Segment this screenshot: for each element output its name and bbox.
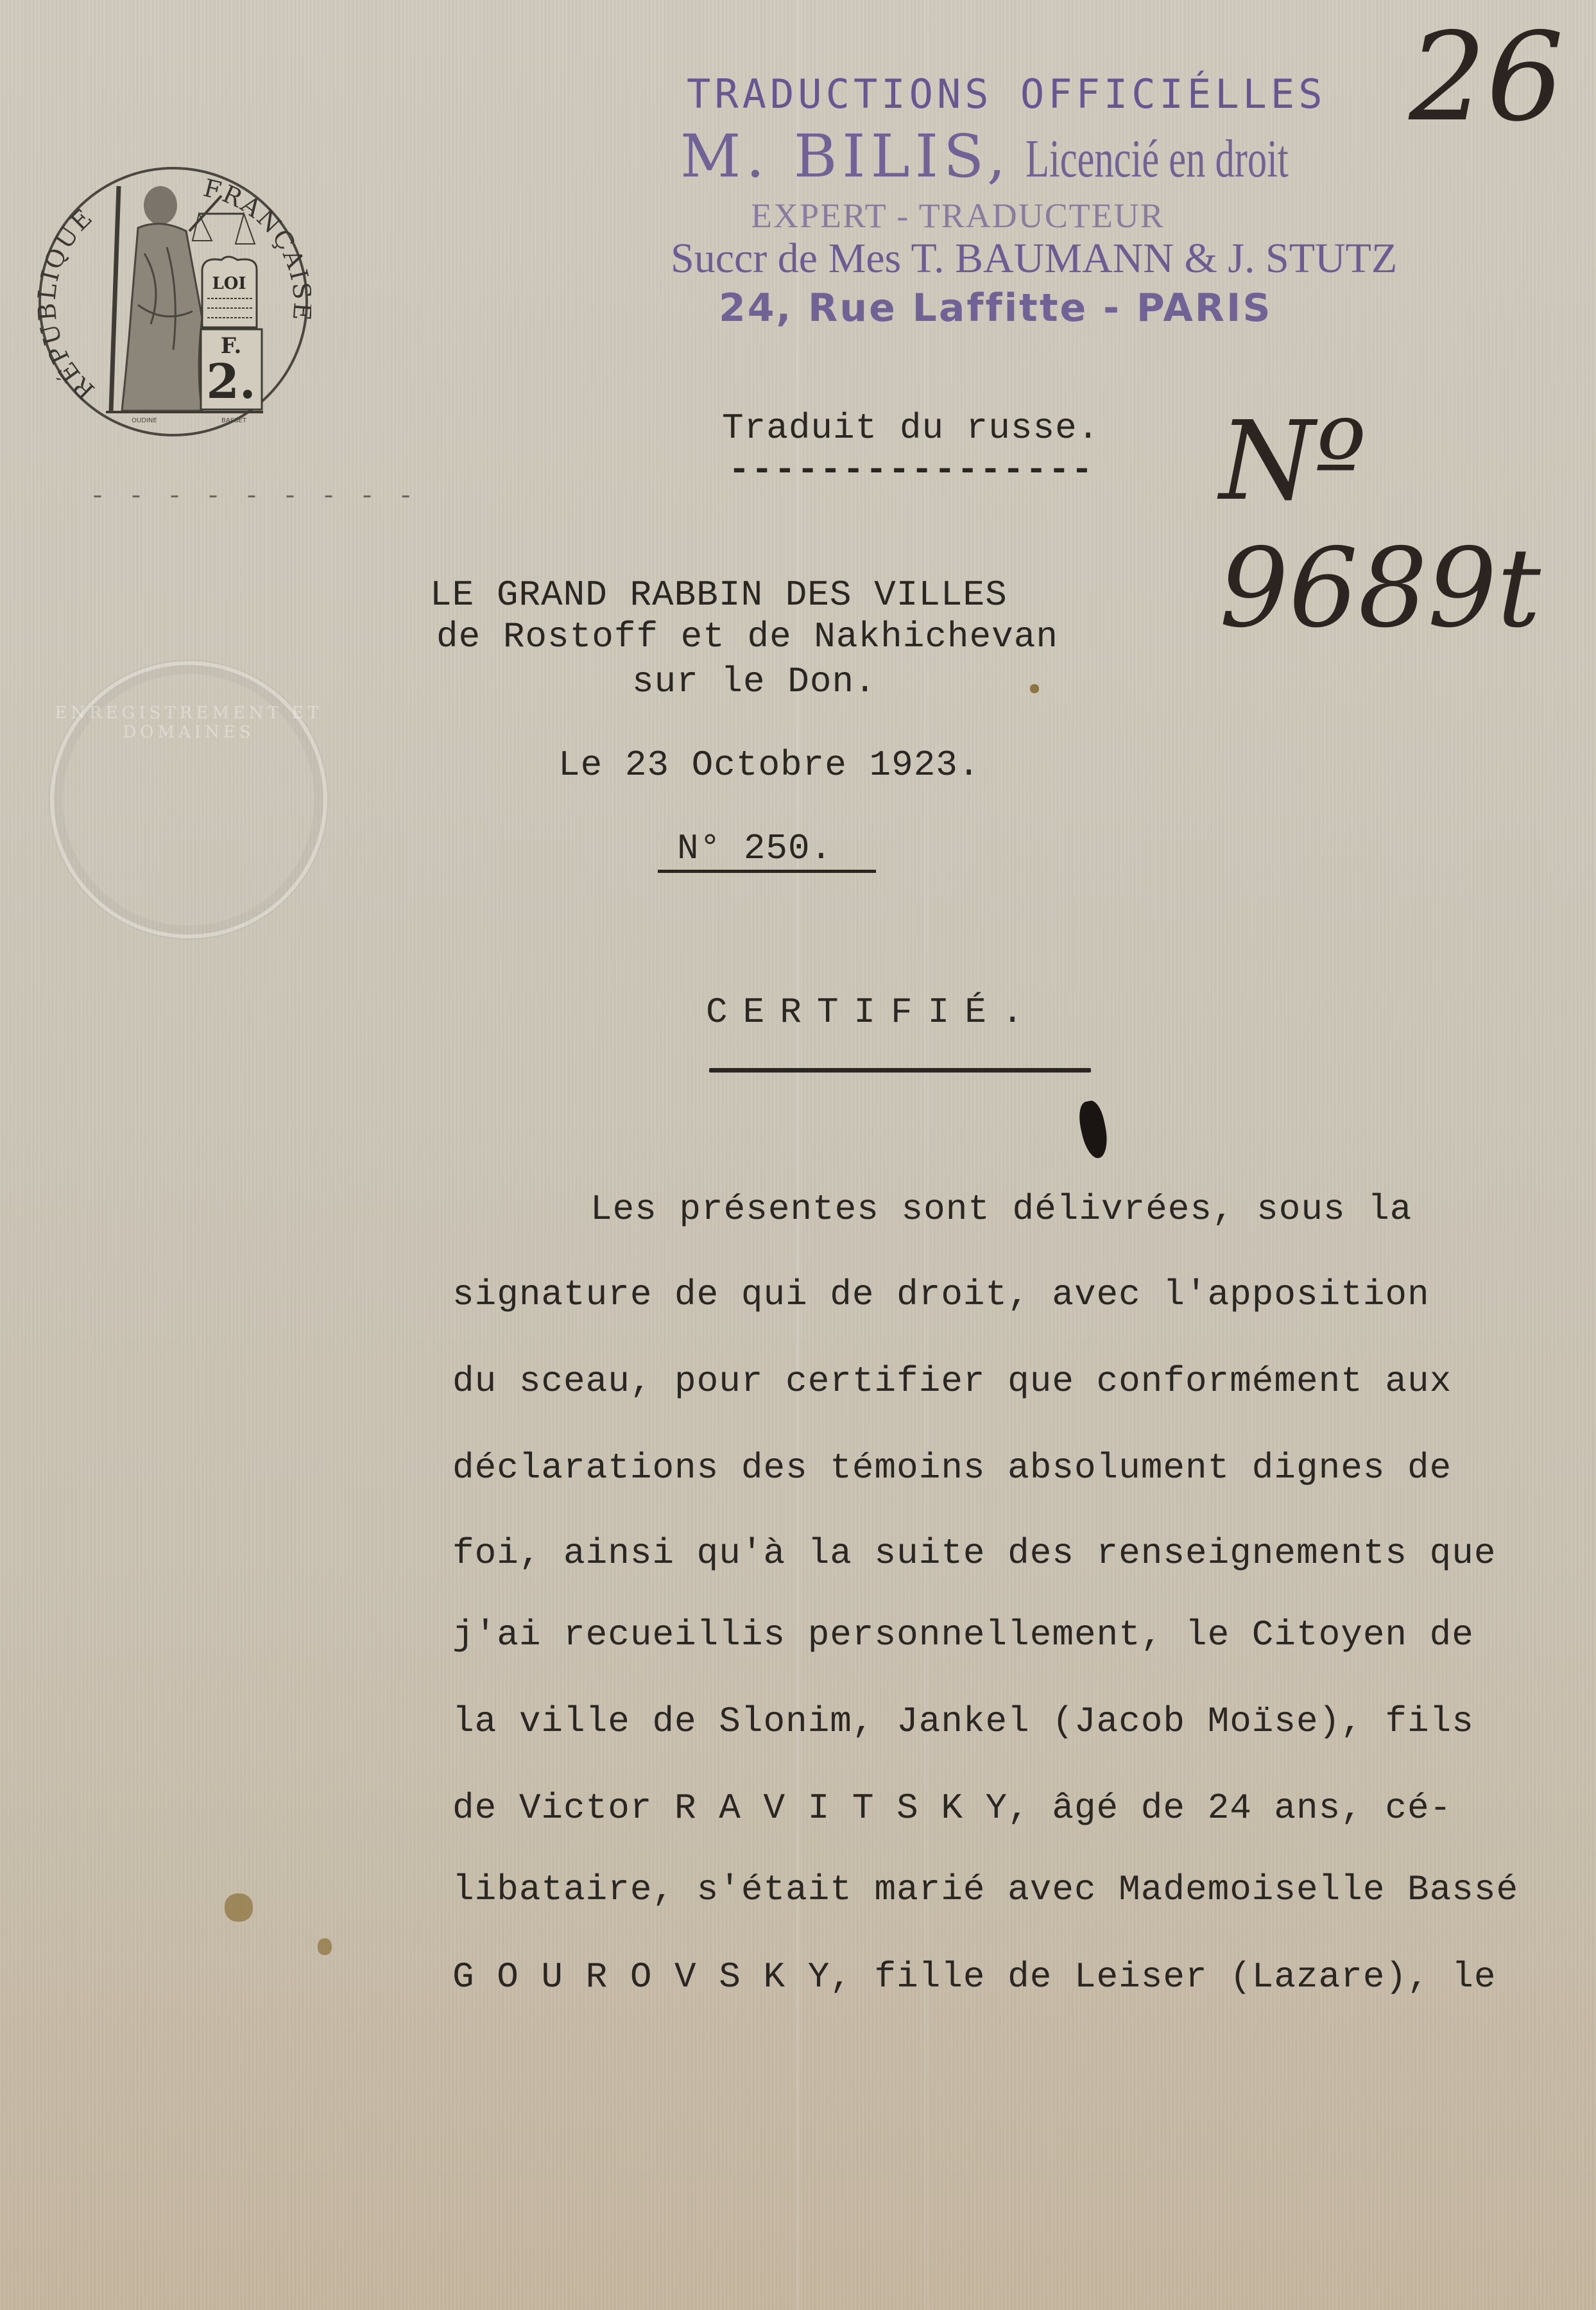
embossed-seal-legend: ENREGISTREMENT ET DOMAINES — [54, 703, 323, 742]
paper-hole — [318, 1938, 332, 1955]
paper-stain — [1030, 684, 1039, 693]
issuer-line-3: sur le Don. — [632, 661, 877, 702]
stamp-role: EXPERT - TRADUCTEUR — [751, 196, 1165, 236]
stamp-successor: Succr de Mes T. BAUMANN & J. STUTZ — [671, 234, 1397, 283]
fiscal-tablet-label: LOI — [212, 274, 246, 293]
body-line: j'ai recueillis personnellement, le Cito… — [452, 1614, 1474, 1655]
handwritten-folio-number: 26 — [1409, 6, 1564, 148]
document-title: CERTIFIÉ. — [706, 992, 1038, 1033]
handwritten-registration-number: Nº 9689t — [1219, 398, 1596, 652]
fiscal-stamp-icon: RÉPUBLIQUE FRANÇAISE LOI F. 2. OUDINE BA… — [35, 157, 311, 446]
fiscal-denomination-value: 2. — [206, 354, 255, 409]
body-line: foi, ainsi qu'à la suite des renseigneme… — [452, 1533, 1496, 1574]
issuer-line-2: de Rostoff et de Nakhichevan — [436, 616, 1058, 657]
fiscal-stamp-dashes: - - - - - - - - - — [90, 483, 417, 512]
body-line: de Victor R A V I T S K Y, âgé de 24 ans… — [452, 1788, 1452, 1829]
body-line: la ville de Slonim, Jankel (Jacob Moïse)… — [452, 1701, 1474, 1742]
fiscal-stamp: RÉPUBLIQUE FRANÇAISE LOI F. 2. OUDINE BA… — [35, 157, 311, 446]
body-line: déclarations des témoins absolument dign… — [452, 1447, 1452, 1488]
paper-hole — [225, 1893, 253, 1922]
translated-from-label: Traduit du russe. — [722, 408, 1099, 449]
stamp-title: TRADUCTIONS OFFICIÉLLES — [687, 71, 1326, 117]
body-line: G O U R O V S K Y, fille de Leiser (Laza… — [452, 1956, 1496, 1997]
body-line: du sceau, pour certifier que conformémen… — [452, 1361, 1452, 1402]
svg-text:RÉPUBLIQUE: RÉPUBLIQUE — [35, 202, 100, 404]
fiscal-engraver-left: OUDINE — [132, 417, 157, 424]
stamp-translator-name: M. BILIS, Licencié en droit — [680, 122, 1391, 191]
embossed-seal: ENREGISTREMENT ET DOMAINES — [50, 661, 327, 938]
document-date: Le 23 Octobre 1923. — [558, 745, 981, 786]
fiscal-engraver-right: BASSET — [221, 417, 247, 424]
title-underline — [709, 1068, 1091, 1073]
stamp-name: M. BILIS, — [680, 122, 1011, 191]
ink-blot — [1076, 1099, 1111, 1160]
document-number-underline — [658, 870, 876, 873]
body-line: Les présentes sont délivrées, sous la — [590, 1189, 1412, 1230]
issuer-line-1: LE GRAND RABBIN DES VILLES — [430, 574, 1008, 616]
fiscal-legend-left: RÉPUBLIQUE — [35, 202, 100, 404]
stamp-address: 24, Rue Laffitte - PARIS — [719, 286, 1273, 331]
body-line: signature de qui de droit, avec l'apposi… — [452, 1274, 1430, 1315]
translated-underline: ---------------- — [728, 449, 1094, 490]
stamp-degree: Licencié en droit — [1025, 128, 1289, 190]
body-line: libataire, s'était marié avec Mademoisel… — [452, 1869, 1518, 1910]
document-number: N° 250. — [677, 828, 832, 869]
